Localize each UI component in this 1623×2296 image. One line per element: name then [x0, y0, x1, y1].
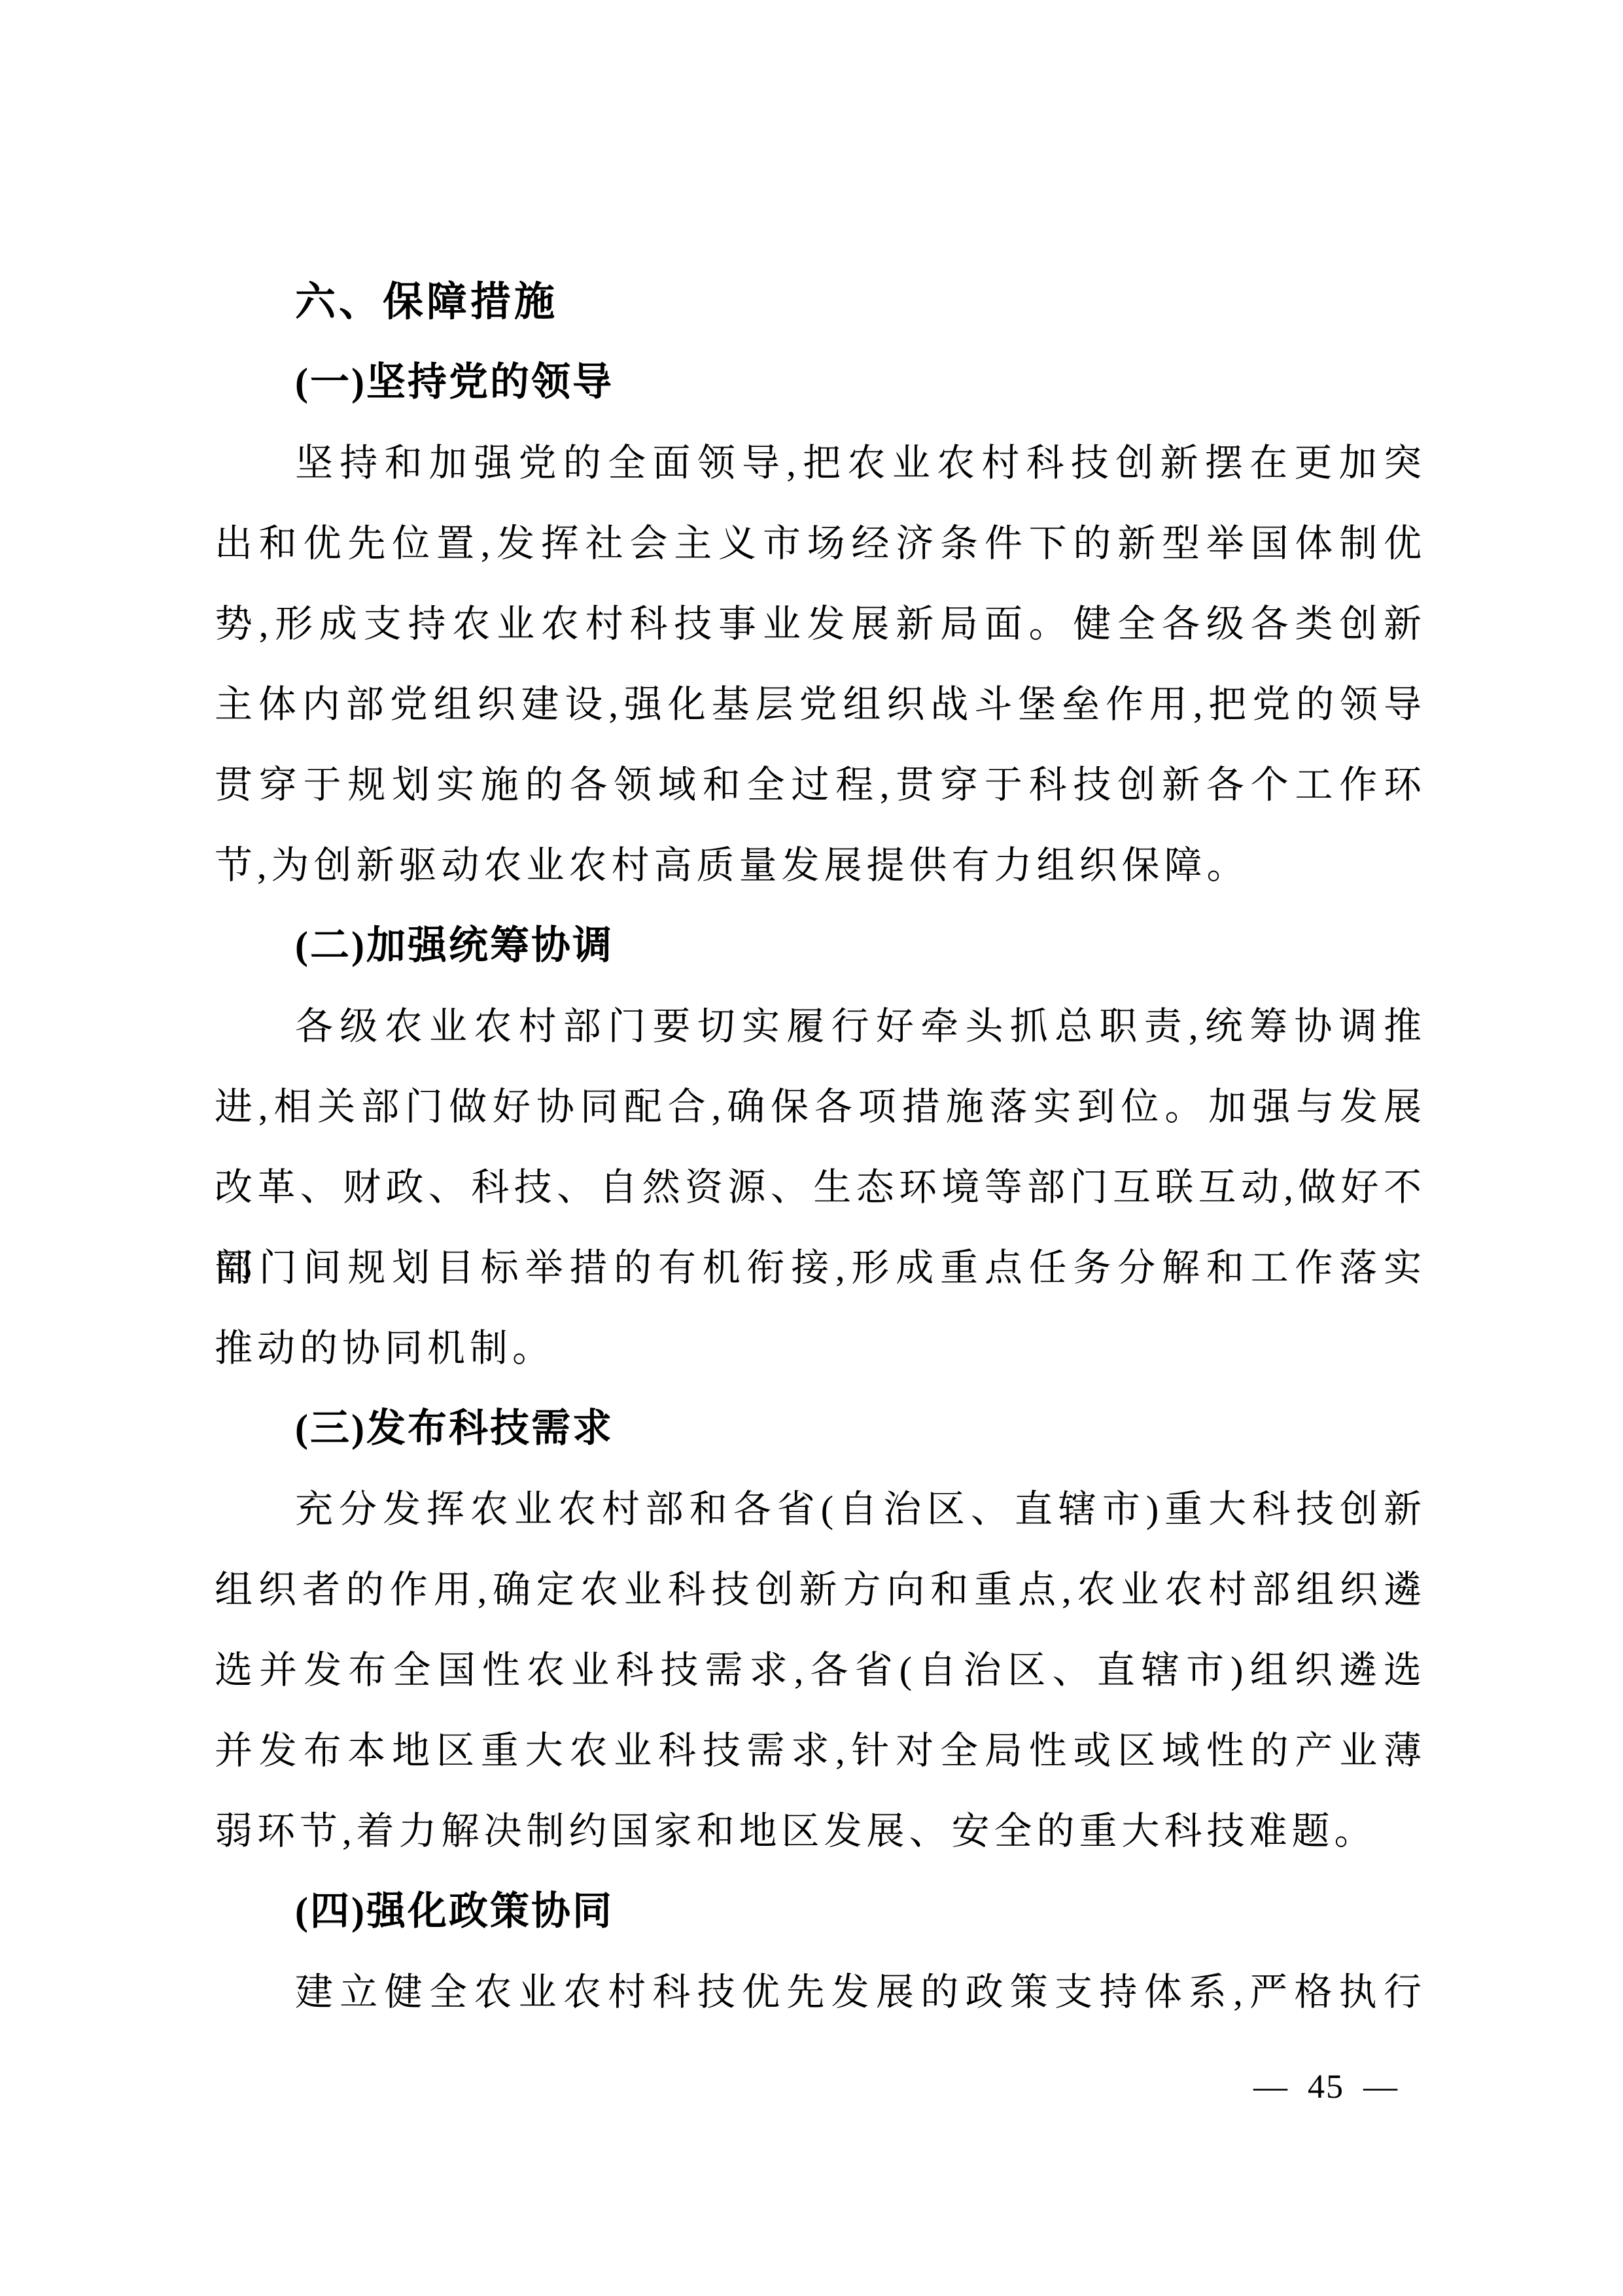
paragraph-3-line-5: 弱环节,着力解决制约国家和地区发展、安全的重大科技难题。 — [215, 1791, 1426, 1871]
paragraph-2-line-1: 各级农业农村部门要切实履行好牵头抓总职责,统筹协调推 — [215, 986, 1426, 1067]
paragraph-3-line-2: 组织者的作用,确定农业科技创新方向和重点,农业农村部组织遴 — [215, 1549, 1426, 1630]
paragraph-2-line-4: 部门间规划目标举措的有机衔接,形成重点任务分解和工作落实 — [215, 1227, 1426, 1308]
paragraph-3-line-1: 充分发挥农业农村部和各省(自治区、直辖市)重大科技创新 — [215, 1469, 1426, 1549]
paragraph-2-line-3: 改革、财政、科技、自然资源、生态环境等部门互联互动,做好不同 — [215, 1147, 1426, 1227]
page-number: — 45 — — [1253, 2068, 1399, 2106]
paragraph-2-line-5: 推动的协同机制。 — [215, 1308, 1426, 1388]
paragraph-1-line-2: 出和优先位置,发挥社会主义市场经济条件下的新型举国体制优 — [215, 503, 1426, 584]
paragraph-4-line-1: 建立健全农业农村科技优先发展的政策支持体系,严格执行 — [215, 1952, 1426, 2032]
subsection-3-heading: (三)发布科技需求 — [215, 1388, 1426, 1469]
paragraph-1-line-6: 节,为创新驱动农业农村高质量发展提供有力组织保障。 — [215, 825, 1426, 906]
paragraph-1-line-3: 势,形成支持农业农村科技事业发展新局面。健全各级各类创新 — [215, 584, 1426, 664]
document-page: 六、保障措施 (一)坚持党的领导 坚持和加强党的全面领导,把农业农村科技创新摆在… — [0, 0, 1623, 2296]
subsection-4-heading: (四)强化政策协同 — [215, 1871, 1426, 1952]
paragraph-1-line-1: 坚持和加强党的全面领导,把农业农村科技创新摆在更加突 — [215, 423, 1426, 503]
paragraph-1-line-4: 主体内部党组织建设,强化基层党组织战斗堡垒作用,把党的领导 — [215, 664, 1426, 745]
paragraph-3-line-4: 并发布本地区重大农业科技需求,针对全局性或区域性的产业薄 — [215, 1710, 1426, 1791]
subsection-1-heading: (一)坚持党的领导 — [215, 342, 1426, 423]
document-body: 六、保障措施 (一)坚持党的领导 坚持和加强党的全面领导,把农业农村科技创新摆在… — [215, 262, 1426, 2032]
section-heading: 六、保障措施 — [215, 262, 1426, 342]
subsection-2-heading: (二)加强统筹协调 — [215, 906, 1426, 986]
paragraph-1-line-5: 贯穿于规划实施的各领域和全过程,贯穿于科技创新各个工作环 — [215, 745, 1426, 825]
paragraph-3-line-3: 选并发布全国性农业科技需求,各省(自治区、直辖市)组织遴选 — [215, 1630, 1426, 1710]
paragraph-2-line-2: 进,相关部门做好协同配合,确保各项措施落实到位。加强与发展 — [215, 1067, 1426, 1147]
